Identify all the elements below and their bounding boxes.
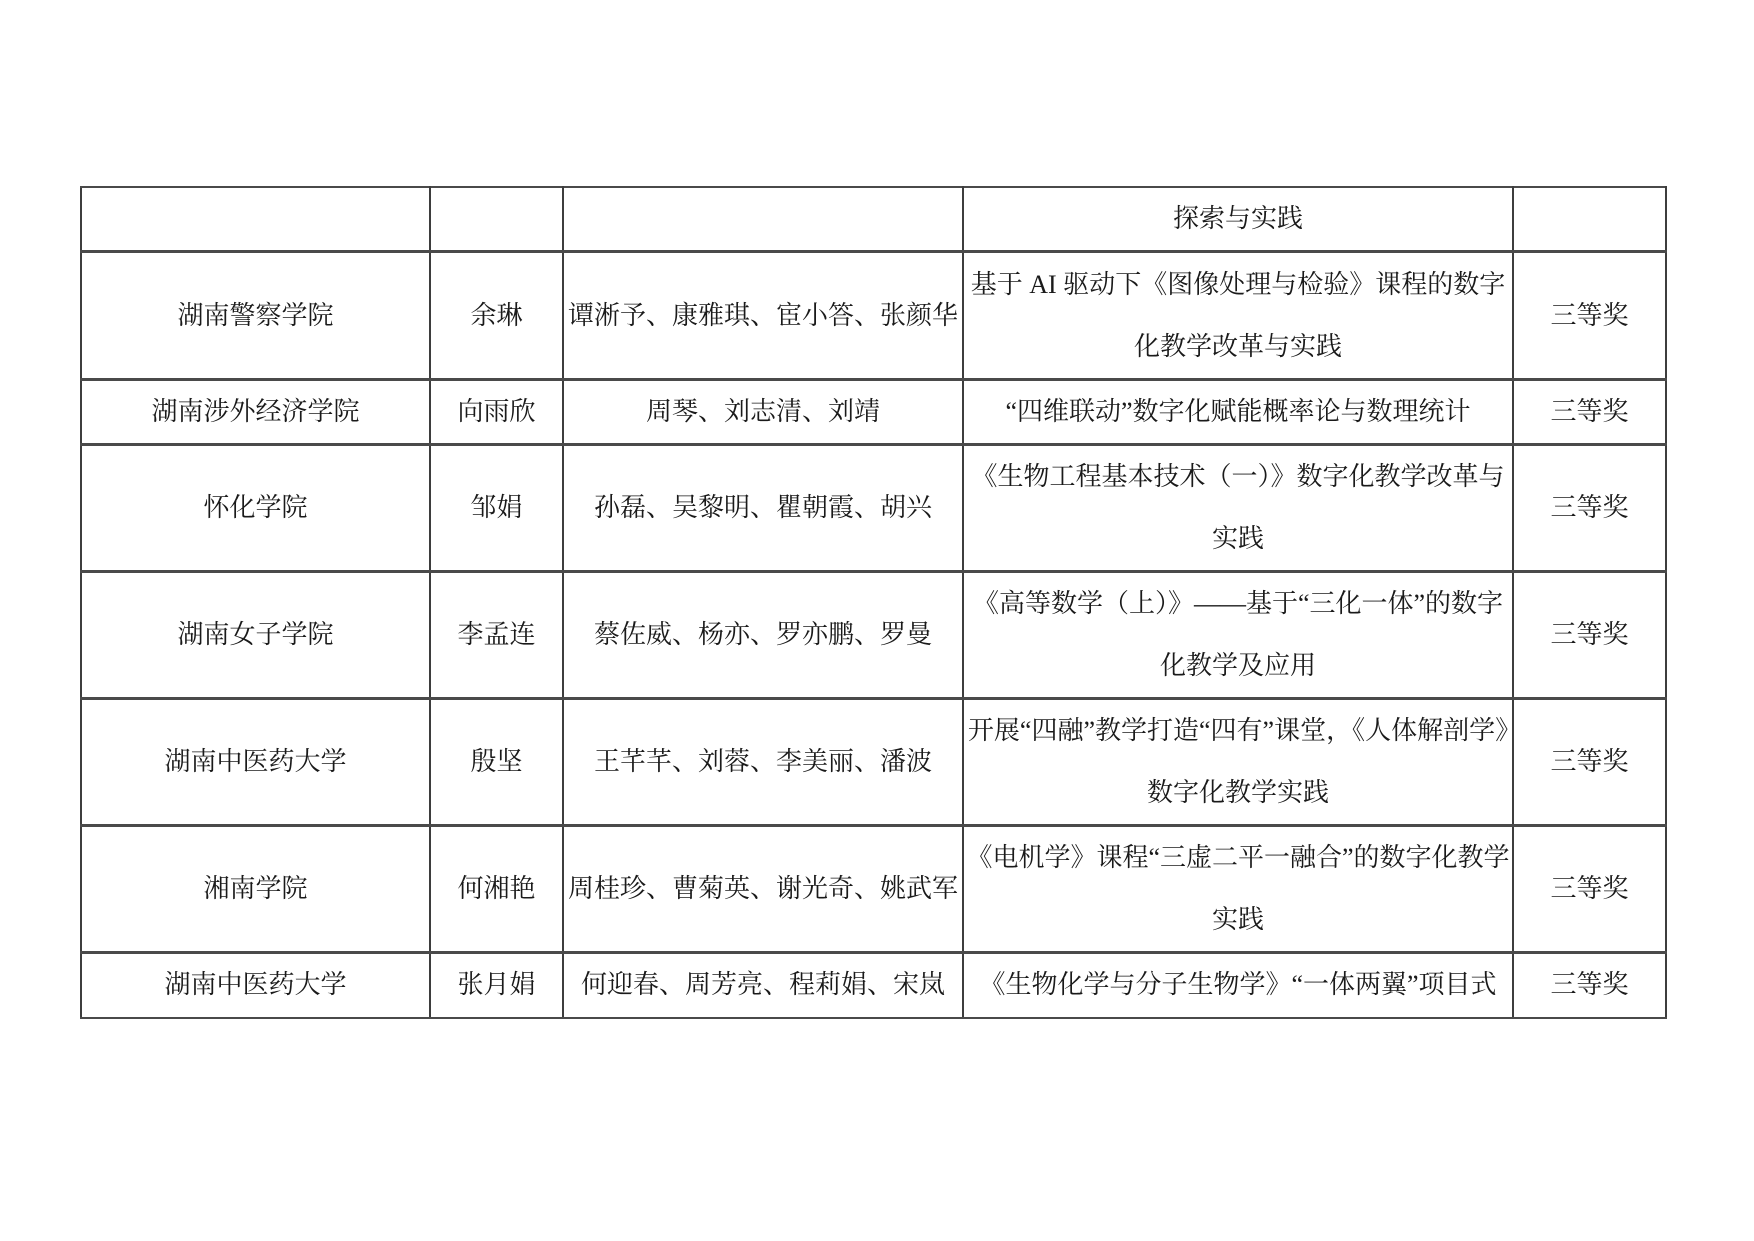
- award-cell: 三等奖: [1513, 572, 1666, 699]
- leader-cell: [430, 187, 563, 252]
- table-row: 探索与实践: [81, 187, 1666, 252]
- team-cell: 孙磊、吴黎明、瞿朝霞、胡兴: [563, 445, 963, 572]
- leader-cell: 殷坚: [430, 699, 563, 826]
- leader-cell: 余琳: [430, 252, 563, 380]
- awards-table-body: 探索与实践 湖南警察学院 余琳 谭淅予、康雅琪、宦小答、张颜华 基于 AI 驱动…: [81, 187, 1666, 1018]
- award-cell: 三等奖: [1513, 445, 1666, 572]
- college-cell: 湘南学院: [81, 826, 430, 953]
- project-cell: 《生物化学与分子生物学》“一体两翼”项目式: [963, 953, 1513, 1018]
- team-cell: 周琴、刘志清、刘靖: [563, 380, 963, 445]
- table-row: 湖南中医药大学 张月娟 何迎春、周芳亮、程莉娟、宋岚 《生物化学与分子生物学》“…: [81, 953, 1666, 1018]
- leader-cell: 张月娟: [430, 953, 563, 1018]
- college-cell: 湖南中医药大学: [81, 953, 430, 1018]
- project-cell: 《高等数学（上）》——基于“三化一体”的数字化教学及应用: [963, 572, 1513, 699]
- document-page: { "table": { "award_label_color": "#1a1a…: [0, 0, 1754, 1241]
- project-cell: “四维联动”数字化赋能概率论与数理统计: [963, 380, 1513, 445]
- table-row: 湖南涉外经济学院 向雨欣 周琴、刘志清、刘靖 “四维联动”数字化赋能概率论与数理…: [81, 380, 1666, 445]
- award-cell: 三等奖: [1513, 826, 1666, 953]
- college-cell: 湖南中医药大学: [81, 699, 430, 826]
- award-cell: 三等奖: [1513, 252, 1666, 380]
- team-cell: 蔡佐威、杨亦、罗亦鹏、罗曼: [563, 572, 963, 699]
- team-cell: 王芊芊、刘蓉、李美丽、潘波: [563, 699, 963, 826]
- college-cell: 怀化学院: [81, 445, 430, 572]
- team-cell: [563, 187, 963, 252]
- team-cell: 周桂珍、曹菊英、谢光奇、姚武军: [563, 826, 963, 953]
- project-cell: 开展“四融”教学打造“四有”课堂，《人体解剖学》数字化教学实践: [963, 699, 1513, 826]
- table-row: 湖南中医药大学 殷坚 王芊芊、刘蓉、李美丽、潘波 开展“四融”教学打造“四有”课…: [81, 699, 1666, 826]
- leader-cell: 向雨欣: [430, 380, 563, 445]
- award-cell: 三等奖: [1513, 380, 1666, 445]
- team-cell: 谭淅予、康雅琪、宦小答、张颜华: [563, 252, 963, 380]
- award-cell: 三等奖: [1513, 699, 1666, 826]
- table-row: 湖南女子学院 李孟连 蔡佐威、杨亦、罗亦鹏、罗曼 《高等数学（上）》——基于“三…: [81, 572, 1666, 699]
- college-cell: 湖南女子学院: [81, 572, 430, 699]
- project-cell: 《电机学》课程“三虚二平一融合”的数字化教学实践: [963, 826, 1513, 953]
- table-row: 湖南警察学院 余琳 谭淅予、康雅琪、宦小答、张颜华 基于 AI 驱动下《图像处理…: [81, 252, 1666, 380]
- award-cell: [1513, 187, 1666, 252]
- leader-cell: 何湘艳: [430, 826, 563, 953]
- table-row: 湘南学院 何湘艳 周桂珍、曹菊英、谢光奇、姚武军 《电机学》课程“三虚二平一融合…: [81, 826, 1666, 953]
- college-cell: 湖南涉外经济学院: [81, 380, 430, 445]
- team-cell: 何迎春、周芳亮、程莉娟、宋岚: [563, 953, 963, 1018]
- college-cell: [81, 187, 430, 252]
- table-row: 怀化学院 邹娟 孙磊、吴黎明、瞿朝霞、胡兴 《生物工程基本技术（一）》数字化教学…: [81, 445, 1666, 572]
- leader-cell: 李孟连: [430, 572, 563, 699]
- project-cell: 探索与实践: [963, 187, 1513, 252]
- leader-cell: 邹娟: [430, 445, 563, 572]
- awards-table: 探索与实践 湖南警察学院 余琳 谭淅予、康雅琪、宦小答、张颜华 基于 AI 驱动…: [80, 186, 1667, 1019]
- award-cell: 三等奖: [1513, 953, 1666, 1018]
- project-cell: 基于 AI 驱动下《图像处理与检验》课程的数字化教学改革与实践: [963, 252, 1513, 380]
- project-cell: 《生物工程基本技术（一）》数字化教学改革与实践: [963, 445, 1513, 572]
- college-cell: 湖南警察学院: [81, 252, 430, 380]
